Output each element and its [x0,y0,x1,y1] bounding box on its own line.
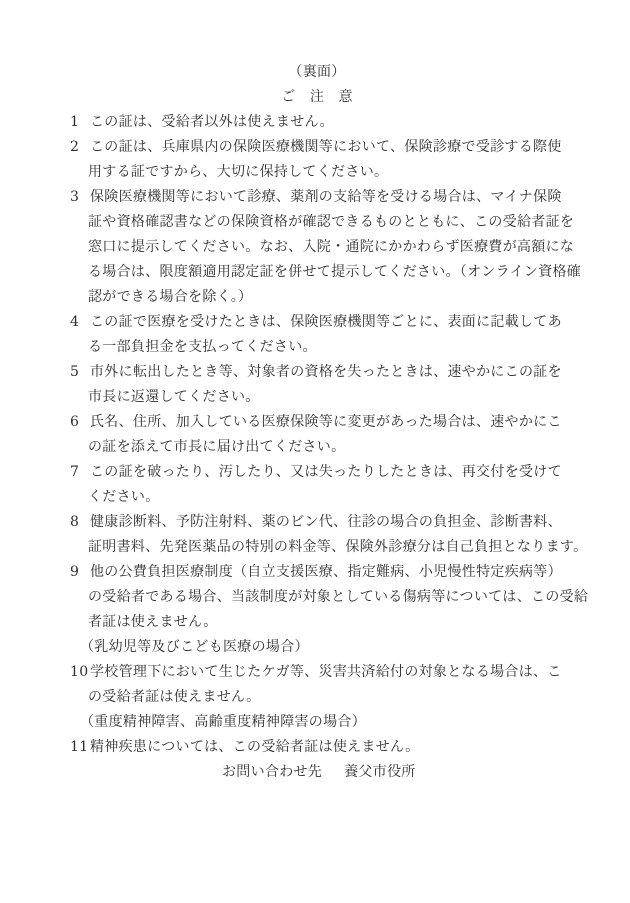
notice-item-continuation: 用する証ですから、大切に保持してください。 [62,160,572,185]
contact-line: お問い合わせ先養父市役所 [62,760,572,785]
notice-item-continuation: ください。 [62,485,572,510]
office-name: 養父市役所 [344,764,416,780]
notice-item-continuation: 窓口に提示してください。なお、入院・通院にかかわらず医療費が高額にな [62,235,572,260]
item-number: 4 [62,310,90,335]
item-number: 2 [62,135,90,160]
item-number: 1 [62,110,90,135]
item-text: 学校管理下において生じたケガ等、災害共済給付の対象となる場合は、こ [90,664,562,680]
item-number: 3 [62,185,90,210]
item-text: この証は、受給者以外は使えません。 [90,114,334,130]
notice-item-line: 9他の公費負担医療制度（自立支援医療、指定難病、小児慢性特定疾病等） [62,560,572,585]
item-text: 市外に転出したとき等、対象者の資格を失ったときは、速やかにこの証を [90,364,562,380]
notice-item-line: 11精神疾患については、この受給者証は使えません。 [62,735,572,760]
notice-item-line: 10学校管理下において生じたケガ等、災害共済給付の対象となる場合は、こ [62,660,572,685]
notice-item-continuation: の証を添えて市長に届け出てください。 [62,435,572,460]
notice-item-line: 3保険医療機関等において診療、薬剤の支給等を受ける場合は、マイナ保険 [62,185,572,210]
contact-label: お問い合わせ先 [222,764,322,780]
side-label: （裏面） [62,60,572,85]
notice-item-line: 6氏名、住所、加入している医療保険等に変更があった場合は、速やかにこ [62,410,572,435]
notice-item-line: 4この証で医療を受けたときは、保険医療機関等ごとに、表面に記載してあ [62,310,572,335]
notice-item-continuation: る場合は、限度額適用認定証を併せて提示してください。（オンライン資格確 [62,260,572,285]
notice-item-continuation: の受給者である場合、当該制度が対象としている傷病等については、この受給 [62,585,572,610]
item-text: 保険医療機関等において診療、薬剤の支給等を受ける場合は、マイナ保険 [90,189,562,205]
notice-item-continuation: 認ができる場合を除く。） [62,285,572,310]
notice-item-continuation: の受給者証は使えません。 [62,685,572,710]
notice-item-continuation: 者証は使えません。 [62,610,572,635]
item-text: 他の公費負担医療制度（自立支援医療、指定難病、小児慢性特定疾病等） [90,564,562,580]
page-title: ご 注 意 [62,85,572,110]
notice-item-line: 1この証は、受給者以外は使えません。 [62,110,572,135]
item-number: 8 [62,510,90,535]
notice-item-line: 8健康診断料、予防注射料、薬のビン代、往診の場合の負担金、診断書料、 [62,510,572,535]
notice-item-continuation: 市長に返還してください。 [62,385,572,410]
item-number: 11 [62,735,90,760]
item-number: 10 [62,660,90,685]
item-text: この証を破ったり、汚したり、又は失ったりしたときは、再交付を受けて [90,464,562,480]
item-number: 9 [62,560,90,585]
notice-item-continuation: る一部負担金を支払ってください。 [62,335,572,360]
item-number: 5 [62,360,90,385]
item-text: 氏名、住所、加入している医療保険等に変更があった場合は、速やかにこ [90,414,562,430]
item-text: この証で医療を受けたときは、保険医療機関等ごとに、表面に記載してあ [90,314,562,330]
item-text: この証は、兵庫県内の保険医療機関等において、保険診療で受診する際使 [90,139,562,155]
category-note: （重度精神障害、高齢重度精神障害の場合） [62,710,572,735]
item-number: 6 [62,410,90,435]
notice-page-back: （裏面） ご 注 意 1この証は、受給者以外は使えません。2この証は、兵庫県内の… [0,0,630,903]
notice-item-continuation: 証や資格確認書などの保険資格が確認できるものとともに、この受給者証を [62,210,572,235]
item-text: 精神疾患については、この受給者証は使えません。 [90,739,419,755]
notice-item-line: 5市外に転出したとき等、対象者の資格を失ったときは、速やかにこの証を [62,360,572,385]
notice-item-line: 7この証を破ったり、汚したり、又は失ったりしたときは、再交付を受けて [62,460,572,485]
notice-body: 1この証は、受給者以外は使えません。2この証は、兵庫県内の保険医療機関等において… [62,110,572,760]
notice-item-continuation: 証明書料、先発医薬品の特別の料金等、保険外診療分は自己負担となります。 [62,535,572,560]
item-number: 7 [62,460,90,485]
notice-item-line: 2この証は、兵庫県内の保険医療機関等において、保険診療で受診する際使 [62,135,572,160]
category-note: （乳幼児等及びこども医療の場合） [62,635,572,660]
item-text: 健康診断料、予防注射料、薬のビン代、往診の場合の負担金、診断書料、 [90,514,562,530]
